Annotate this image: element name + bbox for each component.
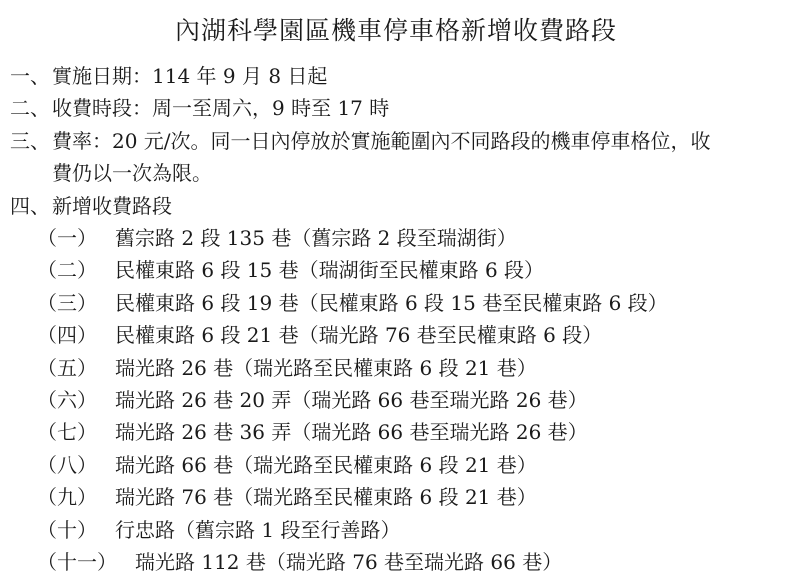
section-number: （十） xyxy=(37,514,97,546)
road-section-item: （五） 瑞光路 26 巷（瑞光路至民權東路 6 段 21 巷） xyxy=(37,352,782,384)
road-section-item: （一） 舊宗路 2 段 135 巷（舊宗路 2 段至瑞湖街） xyxy=(37,222,782,254)
road-section-item: （七） 瑞光路 26 巷 36 弄（瑞光路 66 巷至瑞光路 26 巷） xyxy=(37,416,782,448)
document-title: 內湖科學園區機車停車格新增收費路段 xyxy=(10,14,782,48)
section-number: （四） xyxy=(37,319,97,351)
para-number: 二、 xyxy=(10,92,52,124)
section-number: （九） xyxy=(37,481,97,513)
para-text: 收費時段：周一至周六，9 時至 17 時 xyxy=(52,92,782,124)
para-text-line: 費率：20 元/次。同一日內停放於實施範圍內不同路段的機車停車格位，收 xyxy=(52,125,782,157)
road-section-item: （四） 民權東路 6 段 21 巷（瑞光路 76 巷至民權東路 6 段） xyxy=(37,319,782,351)
section-text: 瑞光路 26 巷 36 弄（瑞光路 66 巷至瑞光路 26 巷） xyxy=(115,416,782,448)
section-text: 瑞光路 26 巷（瑞光路至民權東路 6 段 21 巷） xyxy=(115,352,782,384)
road-section-item: （三） 民權東路 6 段 19 巷（民權東路 6 段 15 巷至民權東路 6 段… xyxy=(37,287,782,319)
road-section-item: （九） 瑞光路 76 巷（瑞光路至民權東路 6 段 21 巷） xyxy=(37,481,782,513)
para-implementation-date: 一、 實施日期：114 年 9 月 8 日起 xyxy=(10,60,782,92)
para-text: 費率：20 元/次。同一日內停放於實施範圍內不同路段的機車停車格位，收 費仍以一… xyxy=(52,125,782,190)
section-text: 民權東路 6 段 19 巷（民權東路 6 段 15 巷至民權東路 6 段） xyxy=(115,287,782,319)
section-number: （二） xyxy=(37,254,97,286)
section-text: 民權東路 6 段 21 巷（瑞光路 76 巷至民權東路 6 段） xyxy=(115,319,782,351)
para-fee-hours: 二、 收費時段：周一至周六，9 時至 17 時 xyxy=(10,92,782,124)
section-text: 瑞光路 26 巷 20 弄（瑞光路 66 巷至瑞光路 26 巷） xyxy=(115,384,782,416)
road-section-list: （一） 舊宗路 2 段 135 巷（舊宗路 2 段至瑞湖街） （二） 民權東路 … xyxy=(37,222,782,578)
section-text: 瑞光路 76 巷（瑞光路至民權東路 6 段 21 巷） xyxy=(115,481,782,513)
section-text: 舊宗路 2 段 135 巷（舊宗路 2 段至瑞湖街） xyxy=(115,222,782,254)
para-number: 三、 xyxy=(10,125,52,157)
para-new-sections-heading: 四、 新增收費路段 xyxy=(10,190,782,222)
para-fee-rate: 三、 費率：20 元/次。同一日內停放於實施範圍內不同路段的機車停車格位，收 費… xyxy=(10,125,782,190)
section-text: 瑞光路 66 巷（瑞光路至民權東路 6 段 21 巷） xyxy=(115,449,782,481)
section-number: （六） xyxy=(37,384,97,416)
section-number: （十一） xyxy=(37,546,117,578)
road-section-item: （八） 瑞光路 66 巷（瑞光路至民權東路 6 段 21 巷） xyxy=(37,449,782,481)
document-page: 內湖科學園區機車停車格新增收費路段 一、 實施日期：114 年 9 月 8 日起… xyxy=(0,0,792,579)
section-number: （三） xyxy=(37,287,97,319)
section-number: （五） xyxy=(37,352,97,384)
section-number: （七） xyxy=(37,416,97,448)
para-text: 新增收費路段 xyxy=(52,190,782,222)
section-number: （八） xyxy=(37,449,97,481)
section-number: （一） xyxy=(37,222,97,254)
road-section-item: （六） 瑞光路 26 巷 20 弄（瑞光路 66 巷至瑞光路 26 巷） xyxy=(37,384,782,416)
section-text: 行忠路（舊宗路 1 段至行善路） xyxy=(115,514,782,546)
road-section-item: （二） 民權東路 6 段 15 巷（瑞湖街至民權東路 6 段） xyxy=(37,254,782,286)
para-text: 實施日期：114 年 9 月 8 日起 xyxy=(52,60,782,92)
para-number: 一、 xyxy=(10,60,52,92)
section-text: 民權東路 6 段 15 巷（瑞湖街至民權東路 6 段） xyxy=(115,254,782,286)
road-section-item: （十） 行忠路（舊宗路 1 段至行善路） xyxy=(37,514,782,546)
para-text-line: 費仍以一次為限。 xyxy=(52,157,782,189)
section-text: 瑞光路 112 巷（瑞光路 76 巷至瑞光路 66 巷） xyxy=(135,546,782,578)
road-section-item: （十一） 瑞光路 112 巷（瑞光路 76 巷至瑞光路 66 巷） xyxy=(37,546,782,578)
para-number: 四、 xyxy=(10,190,52,222)
document-body: 一、 實施日期：114 年 9 月 8 日起 二、 收費時段：周一至周六，9 時… xyxy=(10,60,782,579)
